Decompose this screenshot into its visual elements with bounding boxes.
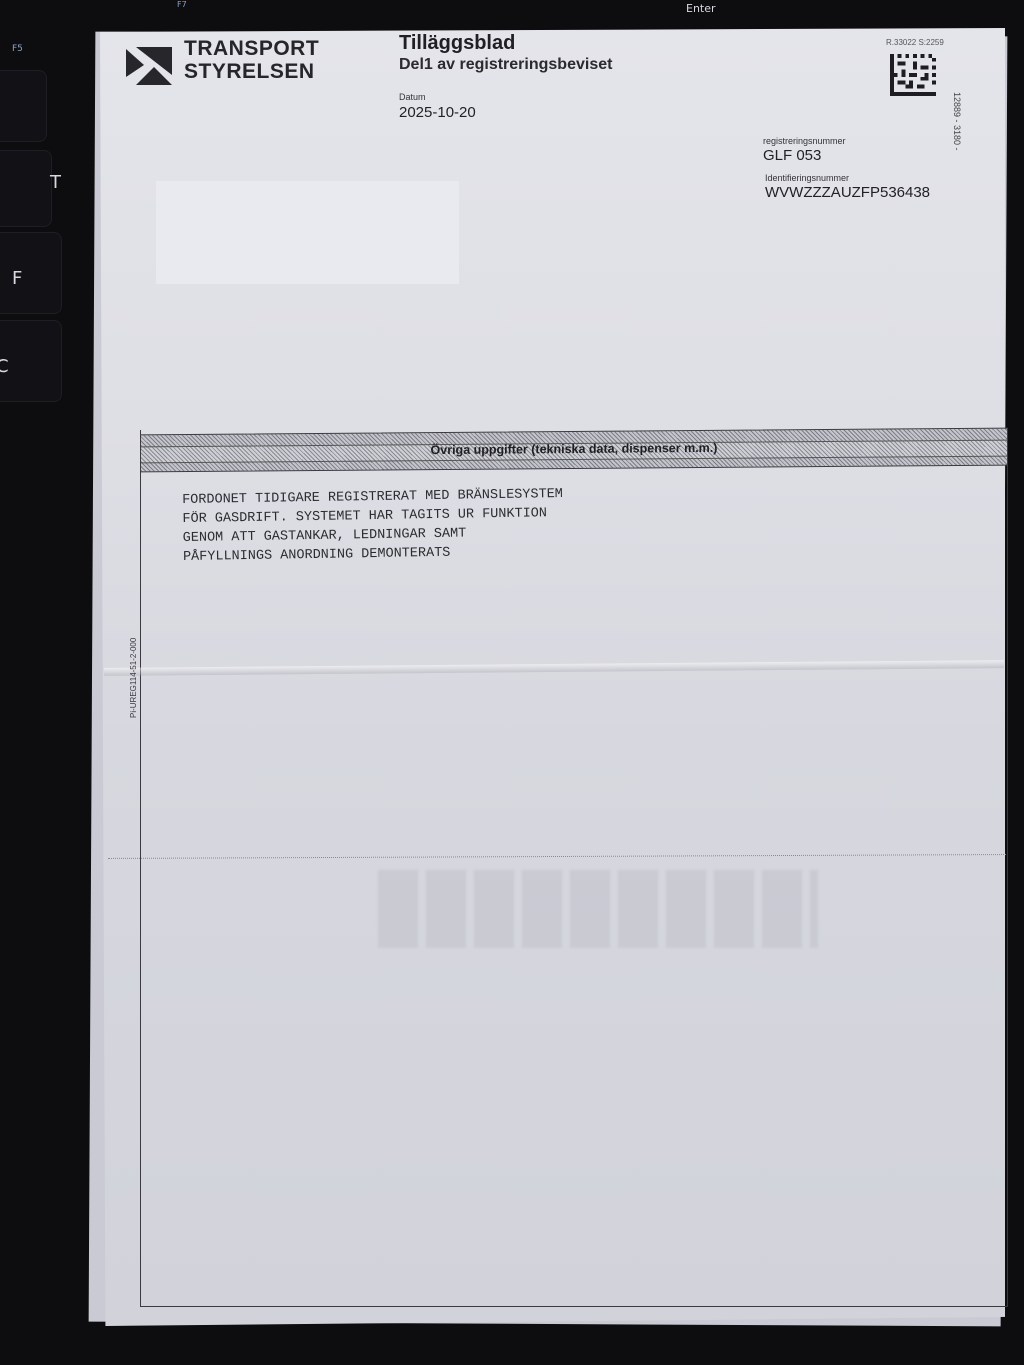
keyboard-key-t: T bbox=[50, 172, 61, 193]
identification-number-label: Identifieringsnummer bbox=[765, 173, 849, 183]
keyboard-key-c: C bbox=[0, 356, 9, 377]
form-code: Pi-UREG114-51-2-000 bbox=[129, 638, 138, 718]
keyboard-key bbox=[0, 70, 47, 142]
issuer-logo-text: TRANSPORT STYRELSEN bbox=[184, 37, 319, 83]
registration-number-label: registreringsnummer bbox=[763, 136, 846, 146]
document-title: Tilläggsblad bbox=[399, 32, 515, 55]
keyboard-key-f7: F7 bbox=[177, 0, 187, 9]
logo-line-1: TRANSPORT bbox=[184, 37, 319, 60]
identification-number-value: WVWZZZAUZFP536438 bbox=[765, 184, 930, 201]
recipient-address-redacted bbox=[156, 181, 459, 284]
keyboard-key bbox=[0, 232, 62, 314]
date-value: 2025-10-20 bbox=[399, 104, 476, 121]
reference-code: R.33022 S:2259 bbox=[886, 38, 944, 47]
section-header: Övriga uppgifter (tekniska data, dispens… bbox=[140, 428, 1008, 473]
keyboard-key bbox=[0, 320, 62, 402]
date-label: Datum bbox=[399, 92, 426, 102]
keyboard-key-f5: F5 bbox=[12, 44, 23, 54]
logo-line-2: STYRELSEN bbox=[184, 60, 319, 83]
side-code: 12889 - 3180 - bbox=[952, 92, 962, 151]
keyboard-key-enter: Enter bbox=[686, 2, 716, 15]
transportstyrelsen-logo-icon bbox=[126, 45, 174, 85]
show-through-text bbox=[378, 870, 818, 948]
registration-number-value: GLF 053 bbox=[763, 147, 821, 164]
document-subtitle: Del1 av registreringsbeviset bbox=[399, 56, 612, 74]
remarks-text: FORDONET TIDIGARE REGISTRERAT MED BRÄNSL… bbox=[182, 485, 564, 567]
keyboard-key bbox=[0, 150, 52, 227]
datamatrix-code-icon bbox=[890, 54, 936, 96]
keyboard-key-f: F bbox=[12, 268, 22, 289]
